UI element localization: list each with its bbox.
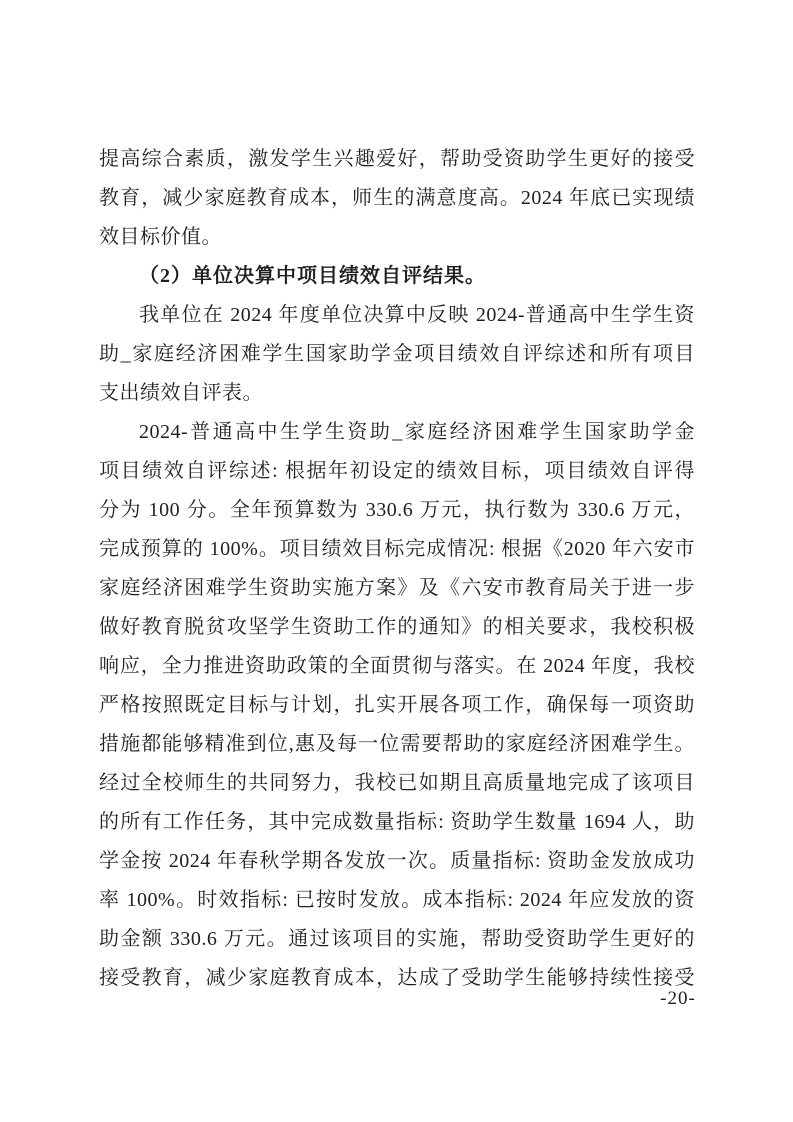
- text-line: 率 100%。时效指标: 已按时发放。成本指标: 2024 年应发放的资: [99, 881, 695, 920]
- document-page: 提高综合素质，激发学生兴趣爱好，帮助受资助学生更好的接受 教育，减少家庭教育成本…: [0, 0, 793, 1122]
- text-line: 做好教育脱贫攻坚学生资助工作的通知》的相关要求，我校积极: [99, 608, 695, 647]
- text-line: 支出绩效自评表。: [99, 374, 695, 413]
- text-line: 严格按照既定目标与计划，扎实开展各项工作，确保每一项资助: [99, 686, 695, 725]
- text-line: 提高综合素质，激发学生兴趣爱好，帮助受资助学生更好的接受: [99, 140, 695, 179]
- text-line: 效目标价值。: [99, 218, 695, 257]
- text-line: 助金额 330.6 万元。通过该项目的实施，帮助受资助学生更好的: [99, 920, 695, 959]
- text-line: 接受教育，减少家庭教育成本，达成了受助学生能够持续性接受: [99, 959, 695, 998]
- text-line: 的所有工作任务，其中完成数量指标: 资助学生数量 1694 人，助: [99, 803, 695, 842]
- text-line: 项目绩效自评综述: 根据年初设定的绩效目标，项目绩效自评得: [99, 452, 695, 491]
- text-line: 响应，全力推进资助政策的全面贯彻与落实。在 2024 年度，我校: [99, 647, 695, 686]
- text-line: 学金按 2024 年春秋学期各发放一次。质量指标: 资助金发放成功: [99, 842, 695, 881]
- text-line: 措施都能够精准到位,惠及每一位需要帮助的家庭经济困难学生。: [99, 725, 695, 764]
- text-line: 2024-普通高中生学生资助_家庭经济困难学生国家助学金: [99, 413, 695, 452]
- text-line: 助_家庭经济困难学生国家助学金项目绩效自评综述和所有项目: [99, 335, 695, 374]
- text-line: 经过全校师生的共同努力，我校已如期且高质量地完成了该项目: [99, 764, 695, 803]
- text-line: 分为 100 分。全年预算数为 330.6 万元，执行数为 330.6 万元，: [99, 491, 695, 530]
- document-body: 提高综合素质，激发学生兴趣爱好，帮助受资助学生更好的接受 教育，减少家庭教育成本…: [99, 140, 695, 998]
- text-line: 家庭经济困难学生资助实施方案》及《六安市教育局关于进一步: [99, 569, 695, 608]
- text-line: 我单位在 2024 年度单位决算中反映 2024-普通高中生学生资: [99, 296, 695, 335]
- text-line: 完成预算的 100%。项目绩效目标完成情况: 根据《2020 年六安市: [99, 530, 695, 569]
- text-line: 教育，减少家庭教育成本，师生的满意度高。2024 年底已实现绩: [99, 179, 695, 218]
- text-line: （2）单位决算中项目绩效自评结果。: [99, 257, 695, 296]
- page-number: -20-: [648, 988, 708, 1010]
